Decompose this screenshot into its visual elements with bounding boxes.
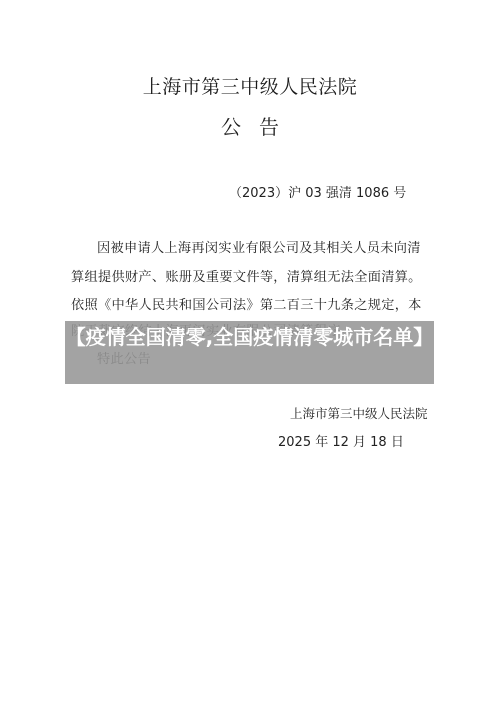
signature-court: 上海市第三中级人民法院	[290, 404, 428, 422]
document-number: （2023）沪 03 强清 1086 号	[229, 182, 406, 201]
court-title: 上海市第三中级人民法院	[0, 72, 500, 99]
body-line-3: 依照《中华人民共和国公司法》第二百三十九条之规定，本	[71, 294, 422, 313]
body-line-2: 算组提供财产、账册及重要文件等，清算组无法全面清算。	[71, 266, 422, 285]
body-line-1: 因被申请人上海再闵实业有限公司及其相关人员未向清	[97, 237, 421, 256]
document-type-heading: 公告	[0, 111, 500, 140]
signature-date: 2025 年 12 月 18 日	[278, 431, 404, 450]
caption-overlay-text: 【疫情全国清零,全国疫情清零城市名单】	[65, 324, 434, 351]
